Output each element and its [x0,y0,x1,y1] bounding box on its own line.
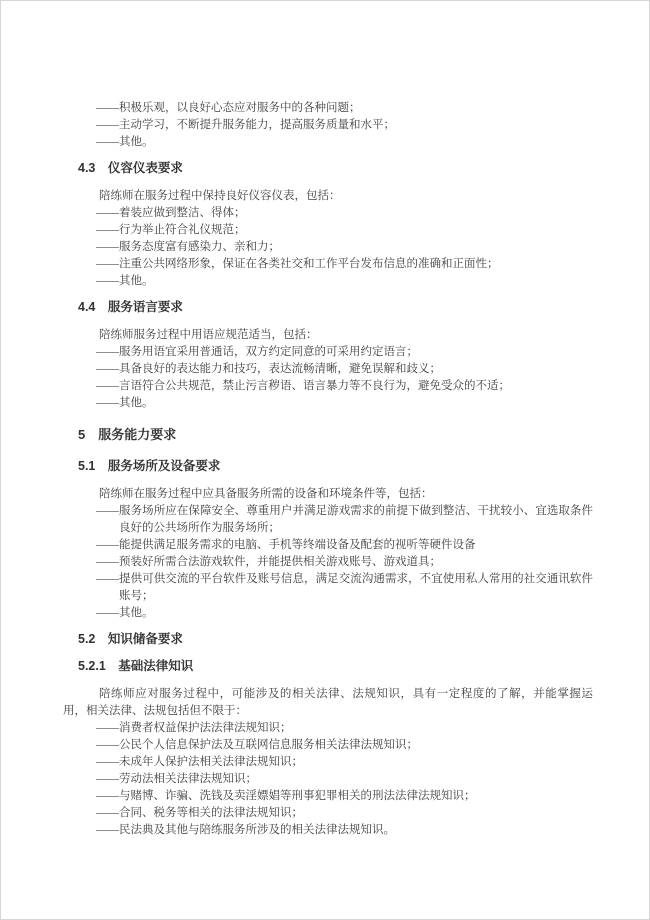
paragraph: 陪练师服务过程中用语应规范适当，包括： [63,327,593,344]
document-page: ——积极乐观，以良好心态应对服务中的各种问题；——主动学习，不断提升服务能力，提… [0,0,650,920]
dash-list-item: ——能提供满足服务需求的电脑、手机等终端设备及配套的视听等硬件设备 [119,537,593,554]
dash-list-item: ——民法典及其他与陪练服务所涉及的相关法律法规知识。 [119,822,593,839]
document-content: ——积极乐观，以良好心态应对服务中的各种问题；——主动学习，不断提升服务能力，提… [1,1,649,839]
paragraph: 陪练师应对服务过程中，可能涉及的相关法律、法规知识，具有一定程度的了解，并能掌握… [63,686,593,720]
dash-list-item: ——未成年人保护法相关法律法规知识； [119,754,593,771]
dash-list-item: ——积极乐观，以良好心态应对服务中的各种问题； [119,100,593,117]
chapter-heading: 5 服务能力要求 [78,426,593,443]
dash-list-item: ——消费者权益保护法法律法规知识； [119,720,593,737]
dash-list-item: ——服务用语宜采用普通话，双方约定同意的可采用约定语言； [119,344,593,361]
dash-list-item: ——服务场所应在保障安全、尊重用户并满足游戏需求的前提下做到整洁、干扰较小、宜选… [119,503,593,537]
dash-list-item: ——公民个人信息保护法及互联网信息服务相关法律法规知识； [119,737,593,754]
section-heading: 5.1 服务场所及设备要求 [78,458,593,475]
paragraph: 陪练师在服务过程中应具备服务所需的设备和环境条件等，包括： [63,486,593,503]
dash-list-item: ——提供可供交流的平台软件及账号信息，满足交流沟通需求，不宜使用私人常用的社交通… [119,571,593,605]
dash-list-item: ——其他。 [119,134,593,151]
dash-list-item: ——主动学习，不断提升服务能力，提高服务质量和水平； [119,117,593,134]
paragraph: 陪练师在服务过程中保持良好仪容仪表，包括： [63,188,593,205]
dash-list-item: ——服务态度富有感染力、亲和力； [119,239,593,256]
section-heading: 4.4 服务语言要求 [78,299,593,316]
section-heading: 4.3 仪容仪表要求 [78,160,593,177]
subsection-heading: 5.2.1 基础法律知识 [78,658,593,675]
section-heading: 5.2 知识储备要求 [78,631,593,648]
dash-list-item: ——具备良好的表达能力和技巧，表达流畅清晰，避免误解和歧义； [119,361,593,378]
dash-list-item: ——与赌博、诈骗、洗钱及卖淫嫖娼等刑事犯罪相关的刑法法律法规知识； [119,788,593,805]
dash-list-item: ——预装好所需合法游戏软件，并能提供相关游戏账号、游戏道具； [119,554,593,571]
dash-list-item: ——合同、税务等相关的法律法规知识； [119,805,593,822]
dash-list-item: ——其他。 [119,605,593,622]
dash-list-item: ——劳动法相关法律法规知识； [119,771,593,788]
dash-list-item: ——着装应做到整洁、得体； [119,205,593,222]
dash-list-item: ——其他。 [119,395,593,412]
dash-list-item: ——其他。 [119,273,593,290]
dash-list-item: ——言语符合公共规范，禁止污言秽语、语言暴力等不良行为，避免受众的不适； [119,378,593,395]
dash-list-item: ——行为举止符合礼仪规范； [119,222,593,239]
dash-list-item: ——注重公共网络形象，保证在各类社交和工作平台发布信息的准确和正面性； [119,256,593,273]
